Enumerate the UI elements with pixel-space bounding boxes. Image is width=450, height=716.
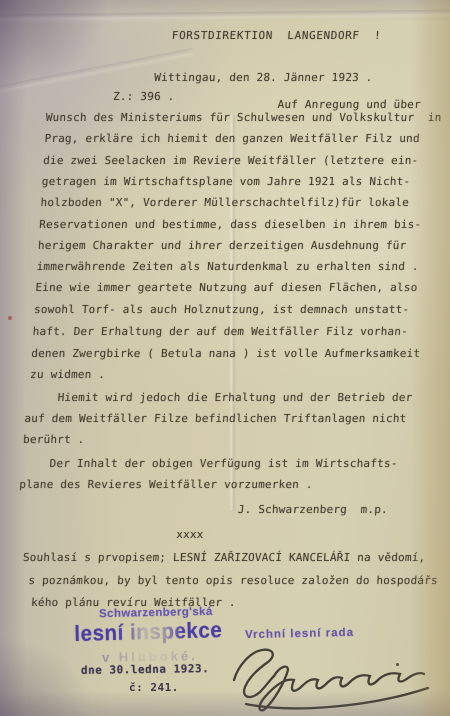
czech-note-line: s poznámkou, by byl tento opis resoluce … [28,574,438,587]
body-line: Wunsch des Ministeriums für Schulwesen u… [45,111,442,124]
body-line: sowohl Torf- als auch Holznutzung, ist d… [34,303,410,316]
reference-number: Z.: 396 . [113,90,175,103]
ink-speck [396,663,399,666]
body-line: die zwei Seelacken im Reviere Weitfäller… [43,154,419,167]
place-date-line: Wittingau, den 28. Jänner 1923 . [154,71,373,84]
letterhead: FORSTDIREKTION LANGENDORF ! [171,29,381,42]
body-line: Eine wie immer geartete Nutzung auf dies… [35,281,418,294]
body-line: Hiemit wird jedoch die Erhaltung und der… [57,391,413,404]
stamp-date: dne 30.ledna 1923. [81,662,209,677]
body-line: auf dem Weitfäller Filze befindlichen Tr… [24,412,407,425]
scanned-letter: FORSTDIREKTION LANGENDORF ! Wittingau, d… [0,0,450,716]
body-line: plane des Revieres Weitfäller vorzumerke… [19,478,313,491]
opening-fragment: Auf Anregung und über [277,98,421,111]
body-line: berührt . [23,433,85,446]
body-line: holzboden "X", Vorderer Müllerschachtelf… [40,196,409,209]
body-line: herigem Charakter und ihrer derzeitigen … [38,239,407,252]
body-line: Prag, erkläre ich hiemit den ganzen Weit… [44,132,420,145]
body-line: zu widmen . [30,368,106,381]
typed-signature-line: J. Schwarzenberg m.p. [237,503,388,516]
body-line: haft. Der Erhaltung der auf dem Weitfäll… [32,325,408,338]
stamp-office-line2: lesní inspekce [74,617,223,647]
body-line: Reservationen und bestimme, dass dieselb… [39,218,422,231]
handwritten-signature [224,638,440,714]
czech-note-line: Souhlasí s prvopisem; LESNÍ ZAŘIZOVACÍ K… [23,551,426,564]
separator-xxxx: xxxx [176,528,204,541]
body-line: Der Inhalt der obigen Verfügung ist im W… [49,457,398,470]
body-line: getragen im Wirtschaftsplane vom Jahre 1… [42,175,411,188]
paper-speck [8,316,12,320]
typewritten-text: FORSTDIREKTION LANGENDORF ! Wittingau, d… [0,0,450,716]
stamp-file-number: č: 241. [129,681,179,694]
body-line: denen Zwergbirke ( Betula nana ) ist vol… [31,347,421,360]
body-line: immerwährende Zeiten als Naturdenkmal zu… [36,260,419,273]
